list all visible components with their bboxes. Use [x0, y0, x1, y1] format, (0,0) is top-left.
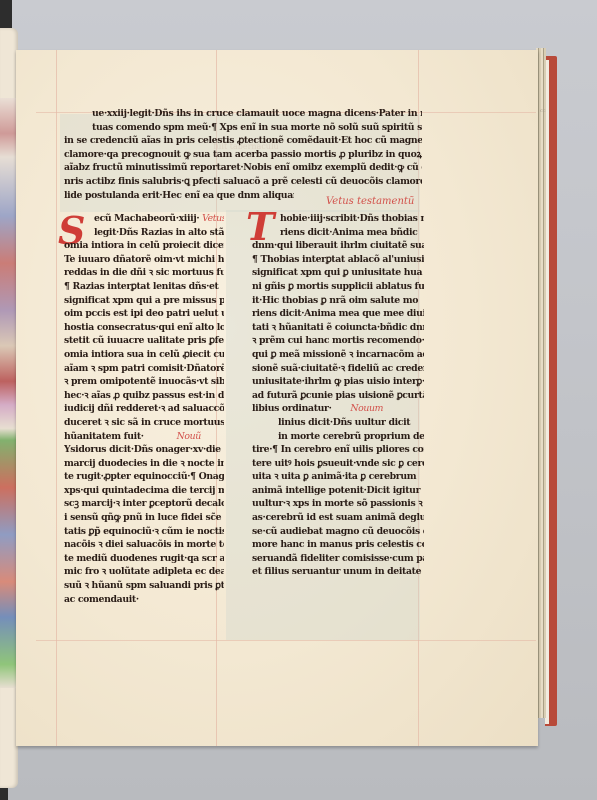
text-line: significat xpm qui a pre missus pro	[64, 294, 224, 308]
text-line: aĩam ꝛ spm patri comisit·Dñatorẽ	[64, 362, 224, 376]
text-line: ue·xxiij·legit·Dñs ihs in cruce clamauit…	[92, 107, 422, 121]
text-line: ꝛ prem omipotentẽ inuocãs·vt sibi	[64, 375, 224, 389]
text-line: tire·¶ In cerebro enĩ uilis pliores cons…	[252, 443, 424, 457]
text-line: oim pccis est ipi deo patri uelut uiua	[64, 307, 224, 321]
text-line: riens dicit·Anima mea que mee diui	[252, 307, 424, 321]
section-heading-vetus-testamentum: Vetus testamentũ	[326, 196, 414, 207]
text-line: animã intellige potenit·Dicit igitur	[252, 484, 424, 498]
text-line: tere uitꝰ hois ꝑsueuit·vnde sic ꝑ cerebr…	[252, 457, 424, 471]
text-line: ni gñis ꝑ mortis supplicii ablatus fu	[252, 280, 424, 294]
ruling-line	[56, 50, 57, 746]
text-line: uniusitate·ihrlm ꝙ pias uisio interꝑ·ꝛ	[252, 375, 424, 389]
text-line: omia intiora sua in celũ ꝓiecit cum	[64, 348, 224, 362]
text-line: ꝛ prẽm cui hanc mortis recomendo·	[252, 334, 424, 348]
text-fragment: hũanitatem fuit·	[64, 431, 144, 442]
rubric-novum: Nouũ	[177, 431, 201, 442]
text-line: duceret ꝛ sic sã in cruce mortuus scdm	[64, 416, 224, 430]
left-column: ecũ Machabeorũ·xiiij· Vetus legit·Dñs Ra…	[64, 212, 224, 606]
text-line: ¶ Razias interꝑtat lenitas dñs·et	[64, 280, 224, 294]
text-line: scꝫ marcij·ꝛ inter ꝑceptorũ decalogi	[64, 497, 224, 511]
text-line: reddas in die dñi ꝛ sic mortuus fuit·	[64, 266, 224, 280]
text-line: ecũ Machabeorũ·xiiij· Vetus	[94, 212, 224, 226]
rubric-novum: Nouum	[350, 403, 383, 414]
text-line: nris actibz finis salubris·ꝗ pfecti salu…	[64, 175, 422, 189]
text-line: sionẽ suã·ciuitatẽ·ꝛ fideliũ ac credenci…	[252, 362, 424, 376]
text-line: hostia consecratus·qui enĩ alto loco	[64, 321, 224, 335]
text-line: uita ꝛ uita ꝑ animã·ita ꝑ cerebrum	[252, 470, 424, 484]
text-line: nacõis ꝛ diei saluacõis in morte tenen	[64, 538, 224, 552]
text-line: libius ordinatur· Nouum	[252, 402, 424, 416]
text-line: te mediũ duodenes rugit·qa scr apa	[64, 552, 224, 566]
text-line: i sensũ qñꝙ pnũ in luce fidei sc̃e tri	[64, 511, 224, 525]
text-line: ¶ Thobias interꝑtat ablacõ al'uniusitati…	[252, 253, 424, 267]
illuminated-miniature	[0, 98, 17, 688]
rubric-vetus: Vetus	[202, 213, 224, 224]
text-line: tati ꝛ hũanitati ẽ coiuncta·bñdic dnm	[252, 321, 424, 335]
text-fragment: libius ordinatur·	[252, 403, 331, 414]
text-line: uultur·ꝛ xps in morte sõ passionis ꝛ cau	[252, 497, 424, 511]
text-line: more hanc in manus pris celestis co	[252, 538, 424, 552]
text-line: aĩabz fructũ minutissimũ reportaret·Nobi…	[64, 161, 422, 175]
text-line: as·cerebrũ id est suam animã deglutis	[252, 511, 424, 525]
text-line: seruandã fideliter comisisse·cum pater	[252, 552, 424, 566]
text-line: lide postulanda erit·Hec enĩ ea que dnm …	[64, 189, 294, 203]
text-line: significat xpm qui ꝑ uniusitate hua	[252, 266, 424, 280]
text-line: te rugit·ꝓpter equinocciũ·¶ Onager	[64, 470, 224, 484]
text-line: tatis ꝑp̃ equinociũ·ꝛ cũm ie noctis dis	[64, 525, 224, 539]
text-line: mic fro ꝛ uolũtate adipleta ec deaute	[64, 565, 224, 579]
text-line: et filius seruantur unum in deitate ẽ·	[252, 565, 424, 579]
text-line: iudicij dñi redderet·ꝛ ad saluaccõem ꝑ	[64, 402, 224, 416]
text-line: tuas comendo spm meũ·¶ Xps enĩ in sua mo…	[92, 121, 422, 135]
text-line: clamore·qa precognouit ꝙ sua tam acerba …	[64, 148, 422, 162]
text-line: legit·Dñs Razias in alto stãs	[94, 226, 224, 240]
text-line: it·Hic thobias ꝑ nrã oim salute mo	[252, 294, 424, 308]
text-line: marcij duodecies in die ꝛ nocte inor	[64, 457, 224, 471]
text-line: in se credenciũ aĩas in pris celestis ꝓt…	[64, 134, 422, 148]
text-line: riens dicit·Anima mea bñdic	[280, 226, 424, 240]
text-line: Ysidorus dicit·Dñs onager·xv·die	[64, 443, 224, 457]
text-line: in morte cerebrũ proprium deglu	[278, 430, 424, 444]
ruling-line	[36, 640, 536, 641]
text-line: se·cũ audiebat magno cũ deuocõis cla	[252, 525, 424, 539]
top-text-block: ue·xxiij·legit·Dñs ihs in cruce clamauit…	[92, 107, 422, 202]
text-line: xps·qui quintadecima die tercij mẽsis	[64, 484, 224, 498]
folio-number: cc	[540, 108, 546, 114]
text-line: suũ ꝛ hũanũ spm saluandi pris ꝑtr	[64, 579, 224, 593]
text-line: stetit cũ iuuacre ualitate pris ꝑfecit	[64, 334, 224, 348]
text-line: ac comendauit·	[64, 593, 224, 607]
right-column: hobie·iiij·scribit·Dñs thobias mo riens …	[252, 212, 424, 579]
text-line: hobie·iiij·scribit·Dñs thobias mo	[280, 212, 424, 226]
text-line: omia intiora in celũ proiecit dicens·	[64, 239, 224, 253]
text-line: Te iuuaro dñatorẽ oim·vt michi hec	[64, 253, 224, 267]
text-line: qui ꝑ meã missionẽ ꝛ incarnacõm ac pas	[252, 348, 424, 362]
text-line: hec·ꝛ aĩas ꝓ quibz passus est·in die sa	[64, 389, 224, 403]
text-line: hũanitatem fuit· Nouũ	[64, 430, 224, 444]
text-line: linius dicit·Dñs uultur dicit	[278, 416, 424, 430]
text-line: ad futurã ꝑcunie pias uisionẽ ꝑcurtãs	[252, 389, 424, 403]
text-line: dnm·qui liberauit ihrlm ciuitatẽ suam·	[252, 239, 424, 253]
text-fragment: ecũ Machabeorũ·xiiij·	[94, 213, 199, 224]
